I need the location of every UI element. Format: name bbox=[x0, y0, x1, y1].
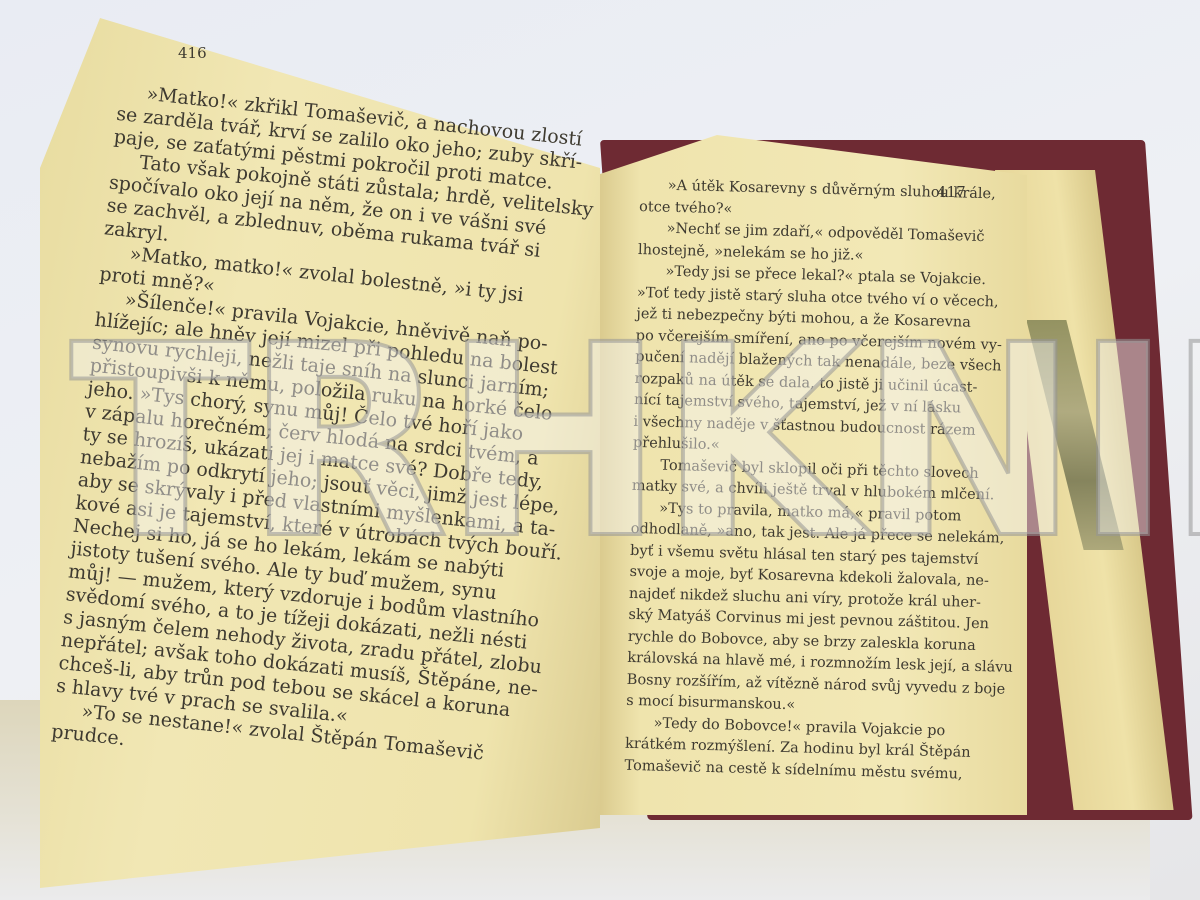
right-page-text: »A útěk Kosarevny s důvěrným sluhou král… bbox=[624, 175, 1025, 787]
page-number-left: 416 bbox=[178, 44, 207, 62]
left-page-text: »Matko!« zkřikl Tomaševič, a nachovou zl… bbox=[50, 80, 606, 794]
